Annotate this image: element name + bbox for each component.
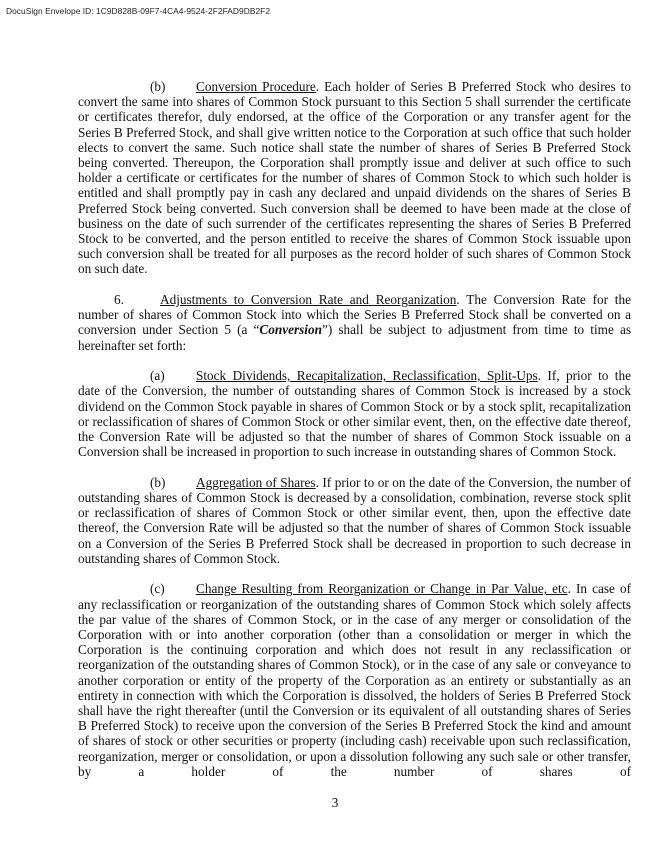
- paragraph-marker: (b): [150, 475, 196, 490]
- paragraph-marker: (a): [150, 368, 196, 383]
- docusign-envelope-id: DocuSign Envelope ID: 1C9D828B-09F7-4CA4…: [6, 6, 270, 16]
- paragraph-heading: Conversion Procedure: [196, 79, 316, 94]
- paragraph-heading: Stock Dividends, Recapitalization, Recla…: [196, 368, 538, 383]
- section-6-adjustments: 6.Adjustments to Conversion Rate and Reo…: [78, 292, 631, 353]
- document-page-body: (b)Conversion Procedure. Each holder of …: [78, 79, 631, 794]
- paragraph-text: . Each holder of Series B Preferred Stoc…: [78, 79, 631, 276]
- paragraph-6a-stock-dividends: (a)Stock Dividends, Recapitalization, Re…: [78, 368, 631, 459]
- paragraph-5b-conversion-procedure: (b)Conversion Procedure. Each holder of …: [78, 79, 631, 277]
- page-number: 3: [0, 795, 670, 811]
- paragraph-6b-aggregation-of-shares: (b)Aggregation of Shares. If prior to or…: [78, 475, 631, 566]
- paragraph-6c-change-resulting-from-reorganization: (c)Change Resulting from Reorganization …: [78, 581, 631, 779]
- paragraph-text: . In case of any reclassification or reo…: [78, 581, 631, 778]
- paragraph-marker: (b): [150, 79, 196, 94]
- defined-term: Conversion: [259, 322, 322, 337]
- section-number: 6.: [114, 292, 160, 307]
- paragraph-heading: Change Resulting from Reorganization or …: [196, 581, 568, 596]
- paragraph-marker: (c): [150, 581, 196, 596]
- paragraph-heading: Aggregation of Shares: [196, 475, 316, 490]
- section-heading: Adjustments to Conversion Rate and Reorg…: [160, 292, 456, 307]
